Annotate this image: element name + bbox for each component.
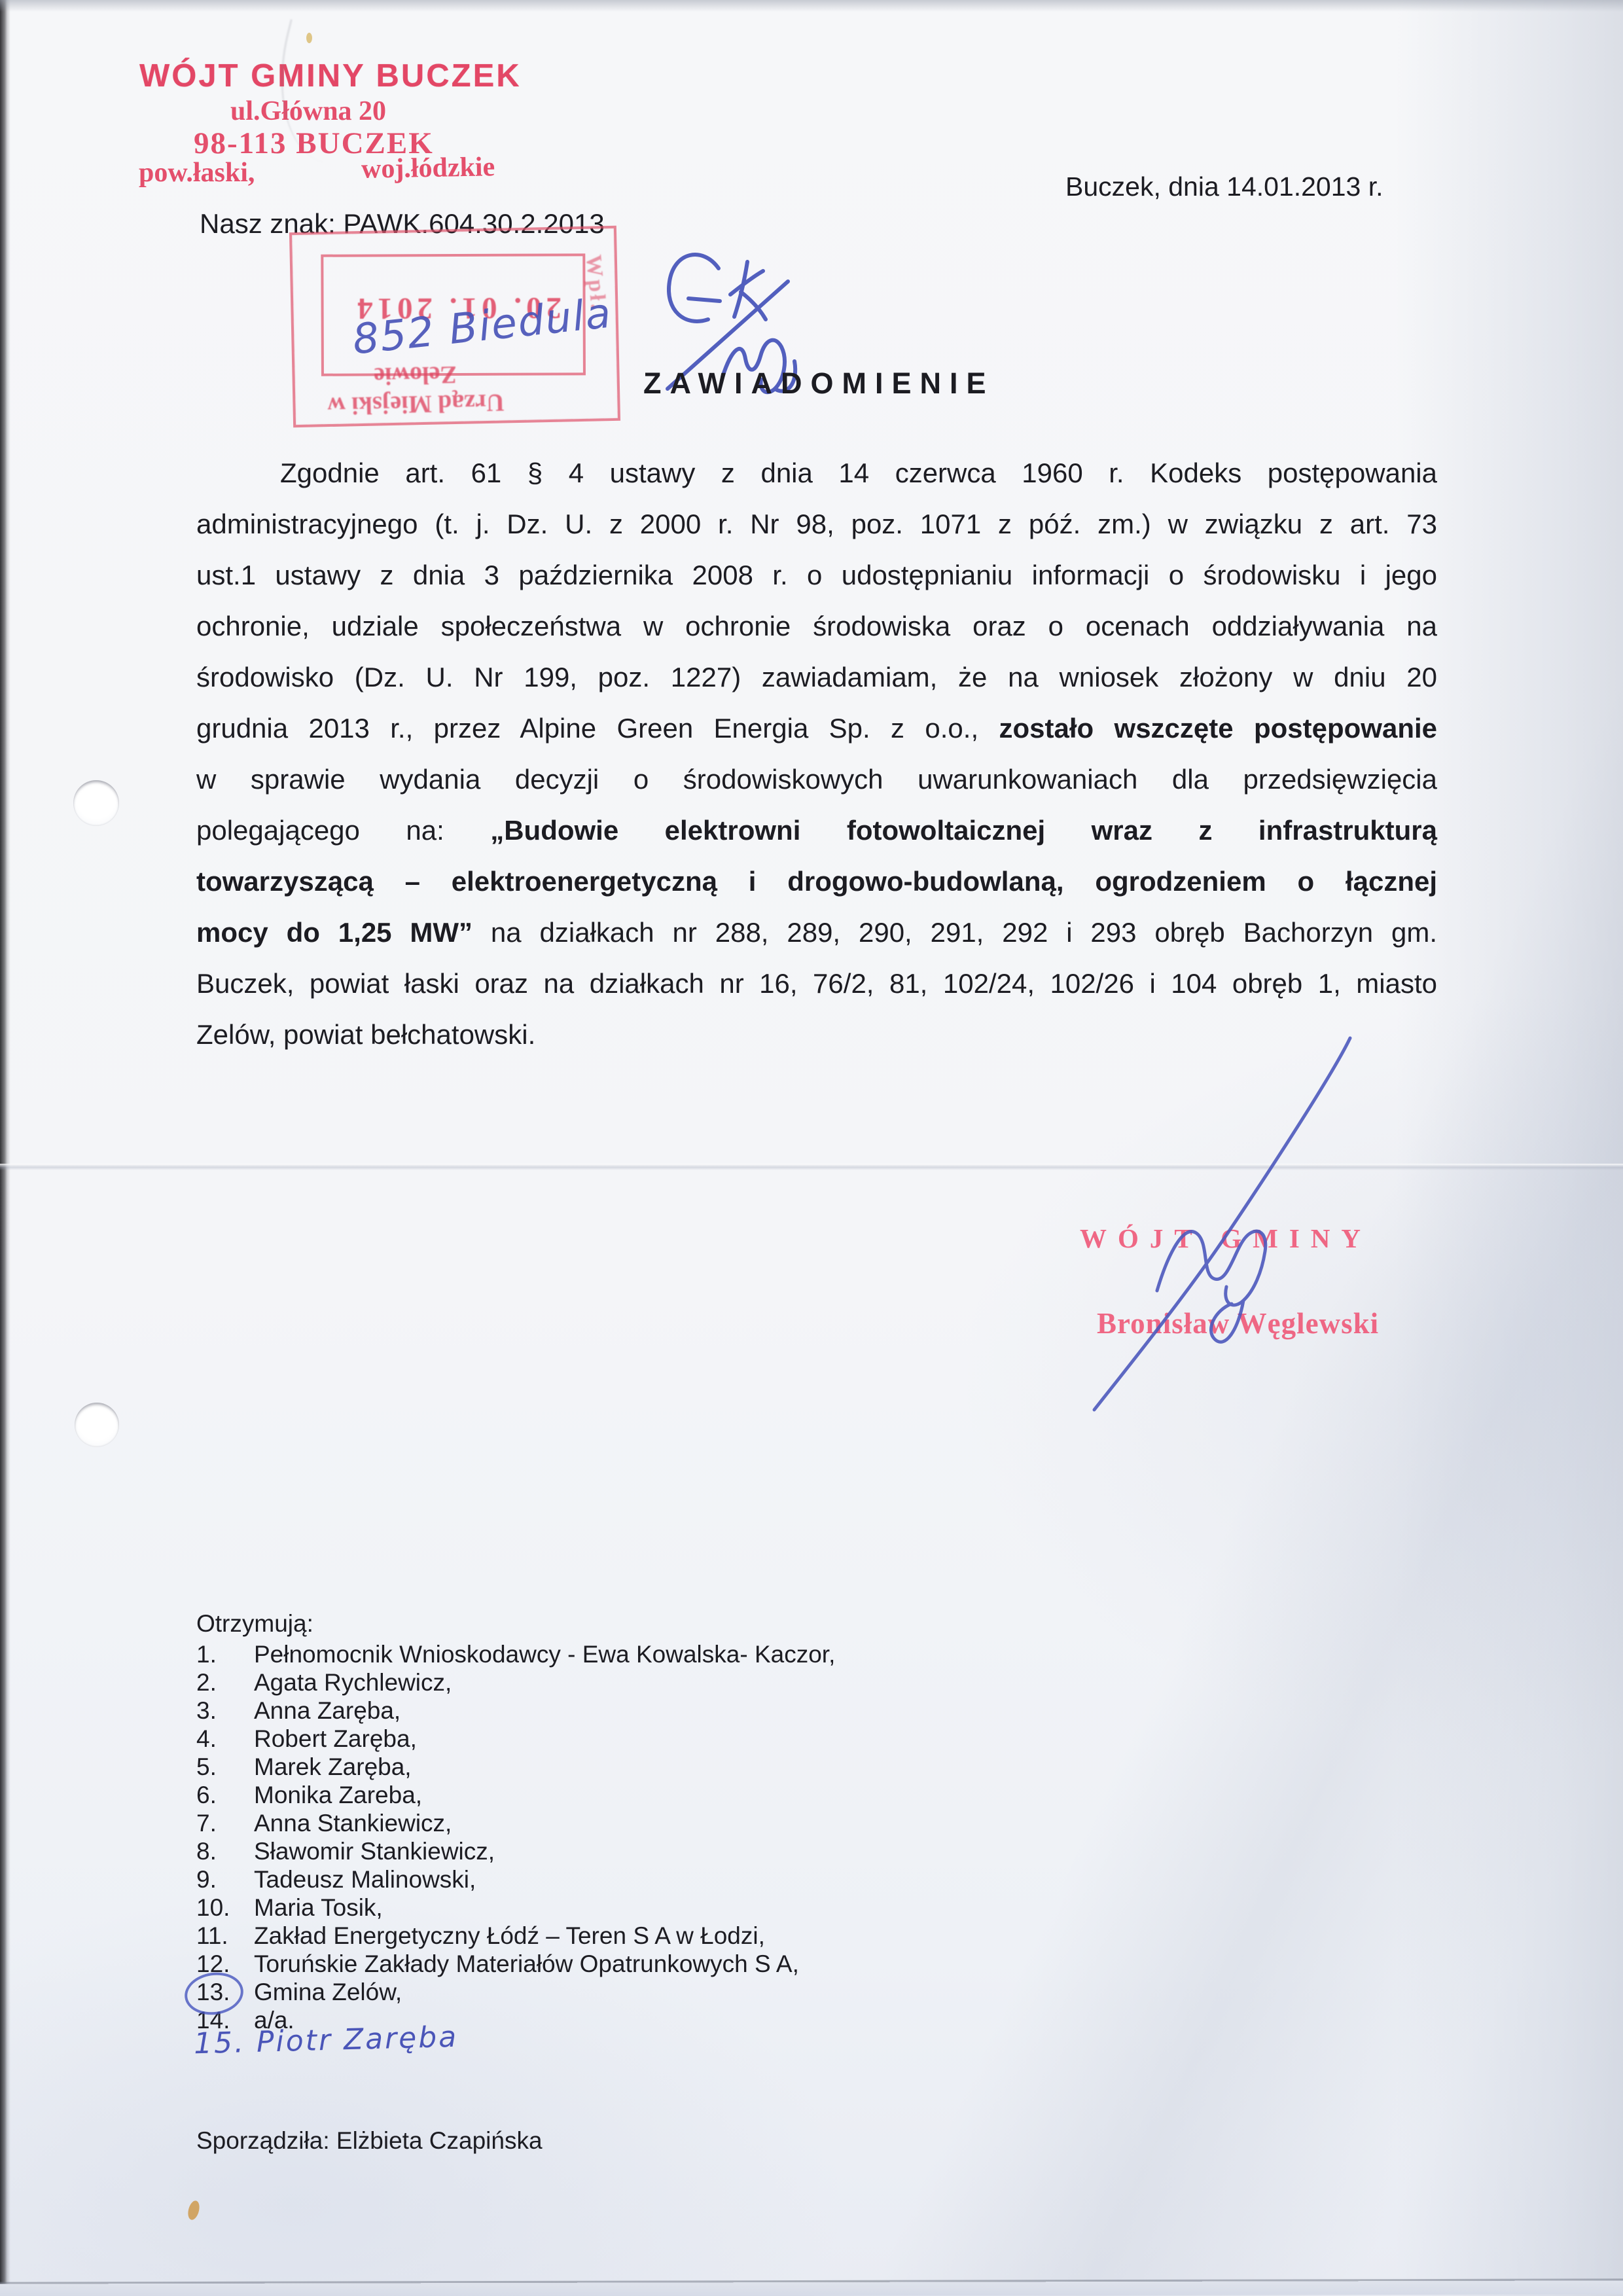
recipient-row: 10.Maria Tosik, <box>196 1893 1178 1922</box>
mayor-handwritten-signature <box>1047 1008 1387 1433</box>
recipient-row: 8.Sławomir Stankiewicz, <box>196 1837 1178 1865</box>
recipient-row: 5.Marek Zaręba, <box>196 1753 1178 1781</box>
recipient-number: 5. <box>196 1753 254 1781</box>
recipient-name: Pełnomocnik Wnioskodawcy - Ewa Kowalska-… <box>254 1640 1178 1668</box>
body-line: polegającego na: „Budowie elektrowni fot… <box>196 805 1437 856</box>
recipient-number: 4. <box>196 1725 254 1753</box>
body-line: ochronie, udziale społeczeństwa w ochron… <box>196 601 1437 652</box>
recipients-list: 1.Pełnomocnik Wnioskodawcy - Ewa Kowalsk… <box>196 1640 1178 2034</box>
paper-bottom-edge <box>0 2278 1623 2296</box>
recipient-number: 1. <box>196 1640 254 1668</box>
paper-speck-top <box>306 33 312 43</box>
recipient-row: 3.Anna Zaręba, <box>196 1696 1178 1725</box>
body-line: mocy do 1,25 MW” na działkach nr 288, 28… <box>196 907 1437 958</box>
recipient-name: Monika Zareba, <box>254 1781 1178 1809</box>
recipient-number: 7. <box>196 1809 254 1837</box>
recipient-name: Tadeusz Malinowski, <box>254 1865 1178 1893</box>
body-line: ust.1 ustawy z dnia 3 października 2008 … <box>196 550 1437 601</box>
recipient-number: 8. <box>196 1837 254 1865</box>
paper-speck-bottom <box>186 2199 202 2221</box>
body-line: środowisko (Dz. U. Nr 199, poz. 1227) za… <box>196 652 1437 703</box>
recipient-number: 10. <box>196 1893 254 1922</box>
recipient-name: Toruńskie Zakłady Materiałów Opatrunkowy… <box>254 1950 1178 1978</box>
recipient-name: Maria Tosik, <box>254 1893 1178 1922</box>
document-title: ZAWIADOMIENIE <box>643 367 995 401</box>
recipients-heading: Otrzymują: <box>196 1610 313 1638</box>
prepared-by: Sporządziła: Elżbieta Czapińska <box>196 2127 543 2155</box>
recipient-row: 1.Pełnomocnik Wnioskodawcy - Ewa Kowalsk… <box>196 1640 1178 1668</box>
recipient-row: 7.Anna Stankiewicz, <box>196 1809 1178 1837</box>
scanned-letter-page: WÓJT GMINY BUCZEK ul.Główna 20 98-113 BU… <box>0 0 1623 2296</box>
recipient-name: Marek Zaręba, <box>254 1753 1178 1781</box>
recipient-number: 6. <box>196 1781 254 1809</box>
recipient-name: Agata Rychlewicz, <box>254 1668 1178 1696</box>
punch-hole-bottom <box>75 1403 119 1447</box>
body-line: Buczek, powiat łaski oraz na działkach n… <box>196 958 1437 1009</box>
recipient-name: Robert Zaręba, <box>254 1725 1178 1753</box>
recipient-row: 2.Agata Rychlewicz, <box>196 1668 1178 1696</box>
body-paragraph: Zgodnie art. 61 § 4 ustawy z dnia 14 cze… <box>196 448 1437 1060</box>
recipient-row: 9.Tadeusz Malinowski, <box>196 1865 1178 1893</box>
body-line: Zgodnie art. 61 § 4 ustawy z dnia 14 cze… <box>196 448 1437 499</box>
handwritten-recipient-15: 15. Piotr Zaręba <box>193 2020 458 2061</box>
recipient-number: 2. <box>196 1668 254 1696</box>
recipient-number: 11. <box>196 1922 254 1950</box>
recipient-name: Anna Stankiewicz, <box>254 1809 1178 1837</box>
recipient-row: 6.Monika Zareba, <box>196 1781 1178 1809</box>
recipient-row: 11.Zakład Energetyczny Łódź – Teren S A … <box>196 1922 1178 1950</box>
recipient-row: 13.Gmina Zelów, <box>196 1978 1178 2006</box>
recipient-row: 12.Toruńskie Zakłady Materiałów Opatrunk… <box>196 1950 1178 1978</box>
recipient-name: Anna Zaręba, <box>254 1696 1178 1725</box>
letterhead-voivodeship: woj.łódzkie <box>361 151 495 185</box>
body-line: towarzyszącą – elektroenergetyczną i dro… <box>196 856 1437 907</box>
recipient-number-circled: 13. <box>196 1978 254 2006</box>
recipient-name: Sławomir Stankiewicz, <box>254 1837 1178 1865</box>
body-line: grudnia 2013 r., przez Alpine Green Ener… <box>196 703 1437 754</box>
body-line: w sprawie wydania decyzji o środowiskowy… <box>196 754 1437 805</box>
recipient-number: 9. <box>196 1865 254 1893</box>
body-line: administracyjnego (t. j. Dz. U. z 2000 r… <box>196 499 1437 550</box>
recipient-number: 3. <box>196 1696 254 1725</box>
date-line: Buczek, dnia 14.01.2013 r. <box>1065 171 1383 202</box>
punch-hole-top <box>73 780 119 826</box>
recipient-name: Zakład Energetyczny Łódź – Teren S A w Ł… <box>254 1922 1178 1950</box>
recipient-row: 4.Robert Zaręba, <box>196 1725 1178 1753</box>
letterhead-county: pow.łaski, <box>139 157 255 188</box>
receipt-stamp-office: Urząd Miejski w Zelowie <box>297 359 534 422</box>
recipient-name: Gmina Zelów, <box>254 1978 1178 2006</box>
